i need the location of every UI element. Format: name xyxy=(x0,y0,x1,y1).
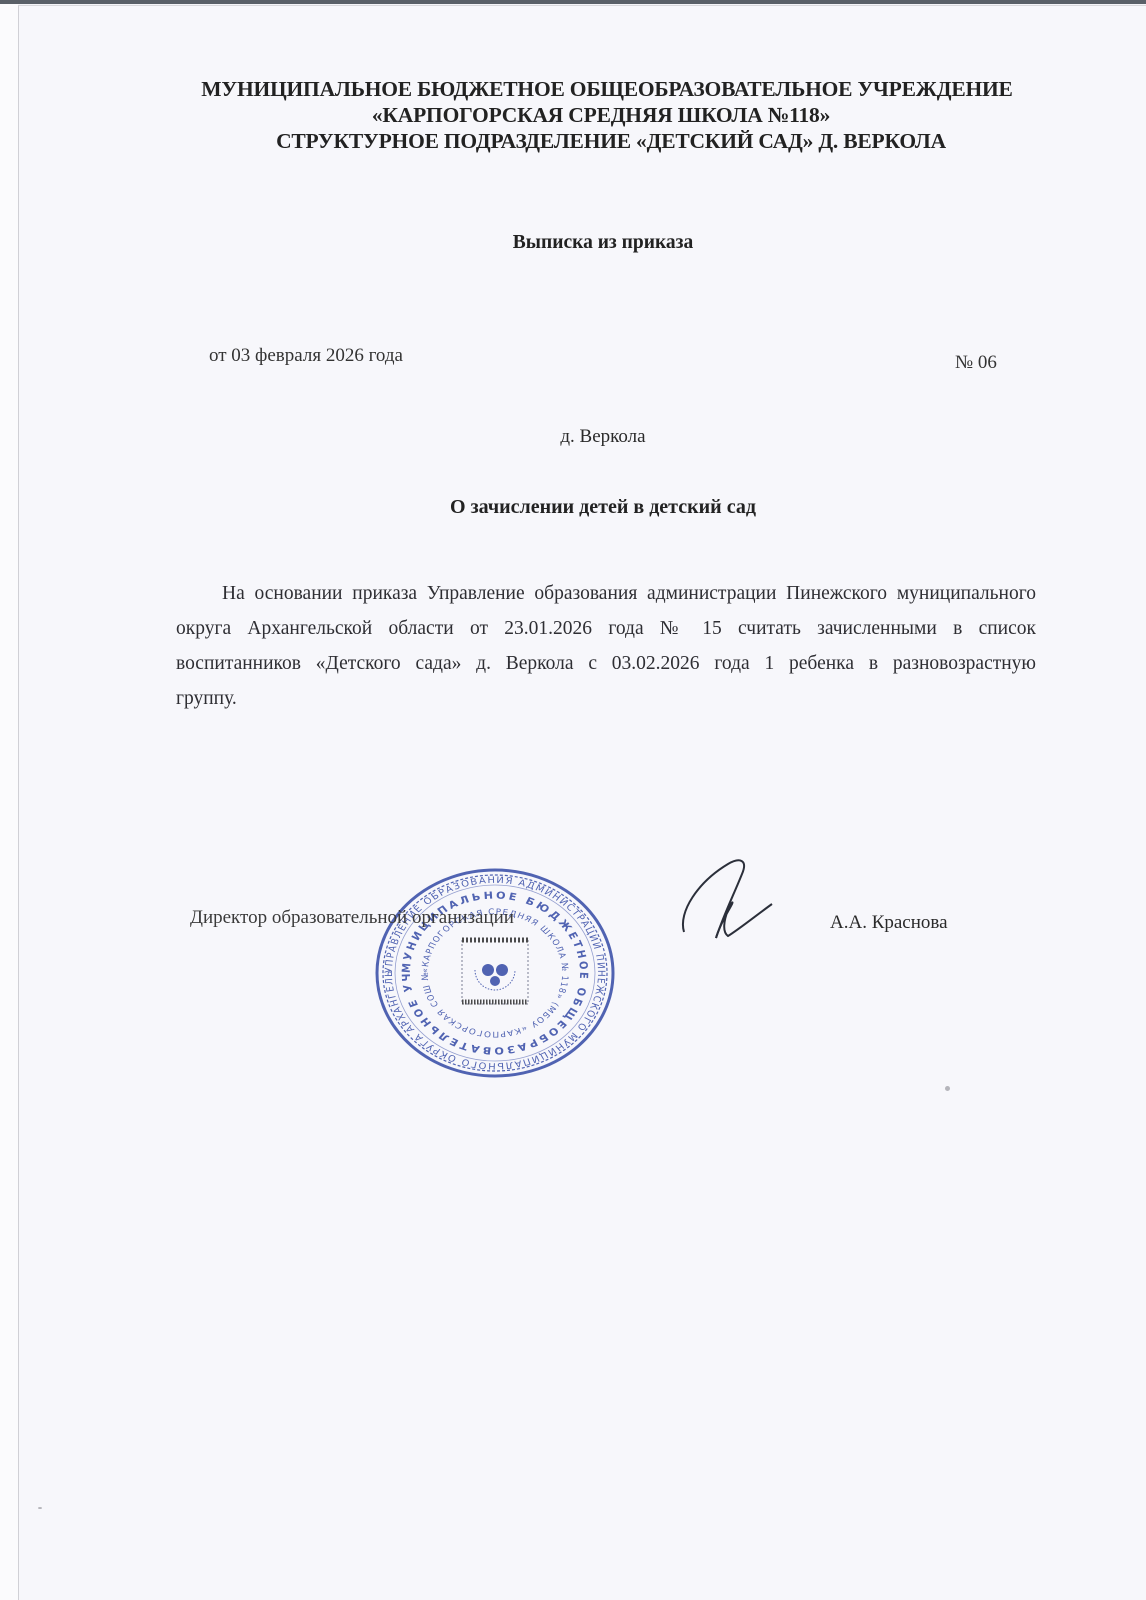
signature-icon xyxy=(668,852,778,942)
document-subject: О зачислении детей в детский сад xyxy=(0,496,1146,519)
header-line-2: «КАРПОГОРСКАЯ СРЕДНЯЯ ШКОЛА №118» xyxy=(28,102,1146,128)
header-line-3: СТРУКТУРНОЕ ПОДРАЗДЕЛЕНИЕ «ДЕТСКИЙ САД» … xyxy=(38,128,1146,154)
document-title: Выписка из приказа xyxy=(0,232,1146,254)
signer-role: Директор образовательной организации xyxy=(190,907,514,929)
document-number: № 06 xyxy=(955,352,997,374)
document-place: д. Веркола xyxy=(0,426,1146,448)
document-body: На основании приказа Управление образова… xyxy=(176,576,1036,716)
organization-header: МУНИЦИПАЛЬНОЕ БЮДЖЕТНОЕ ОБЩЕОБРАЗОВАТЕЛЬ… xyxy=(0,76,1146,154)
scan-edge xyxy=(0,0,1146,4)
signer-name: А.А. Краснова xyxy=(830,912,948,934)
header-line-1: МУНИЦИПАЛЬНОЕ БЮДЖЕТНОЕ ОБЩЕОБРАЗОВАТЕЛЬ… xyxy=(34,76,1146,102)
scan-speck xyxy=(38,1507,42,1509)
document-date: от 03 февраля 2026 года xyxy=(209,345,403,367)
official-stamp-icon: УПРАВЛЕНИЕ ОБРАЗОВАНИЯ АДМИНИСТРАЦИИ ПИН… xyxy=(370,866,620,1081)
scan-speck xyxy=(945,1086,950,1091)
